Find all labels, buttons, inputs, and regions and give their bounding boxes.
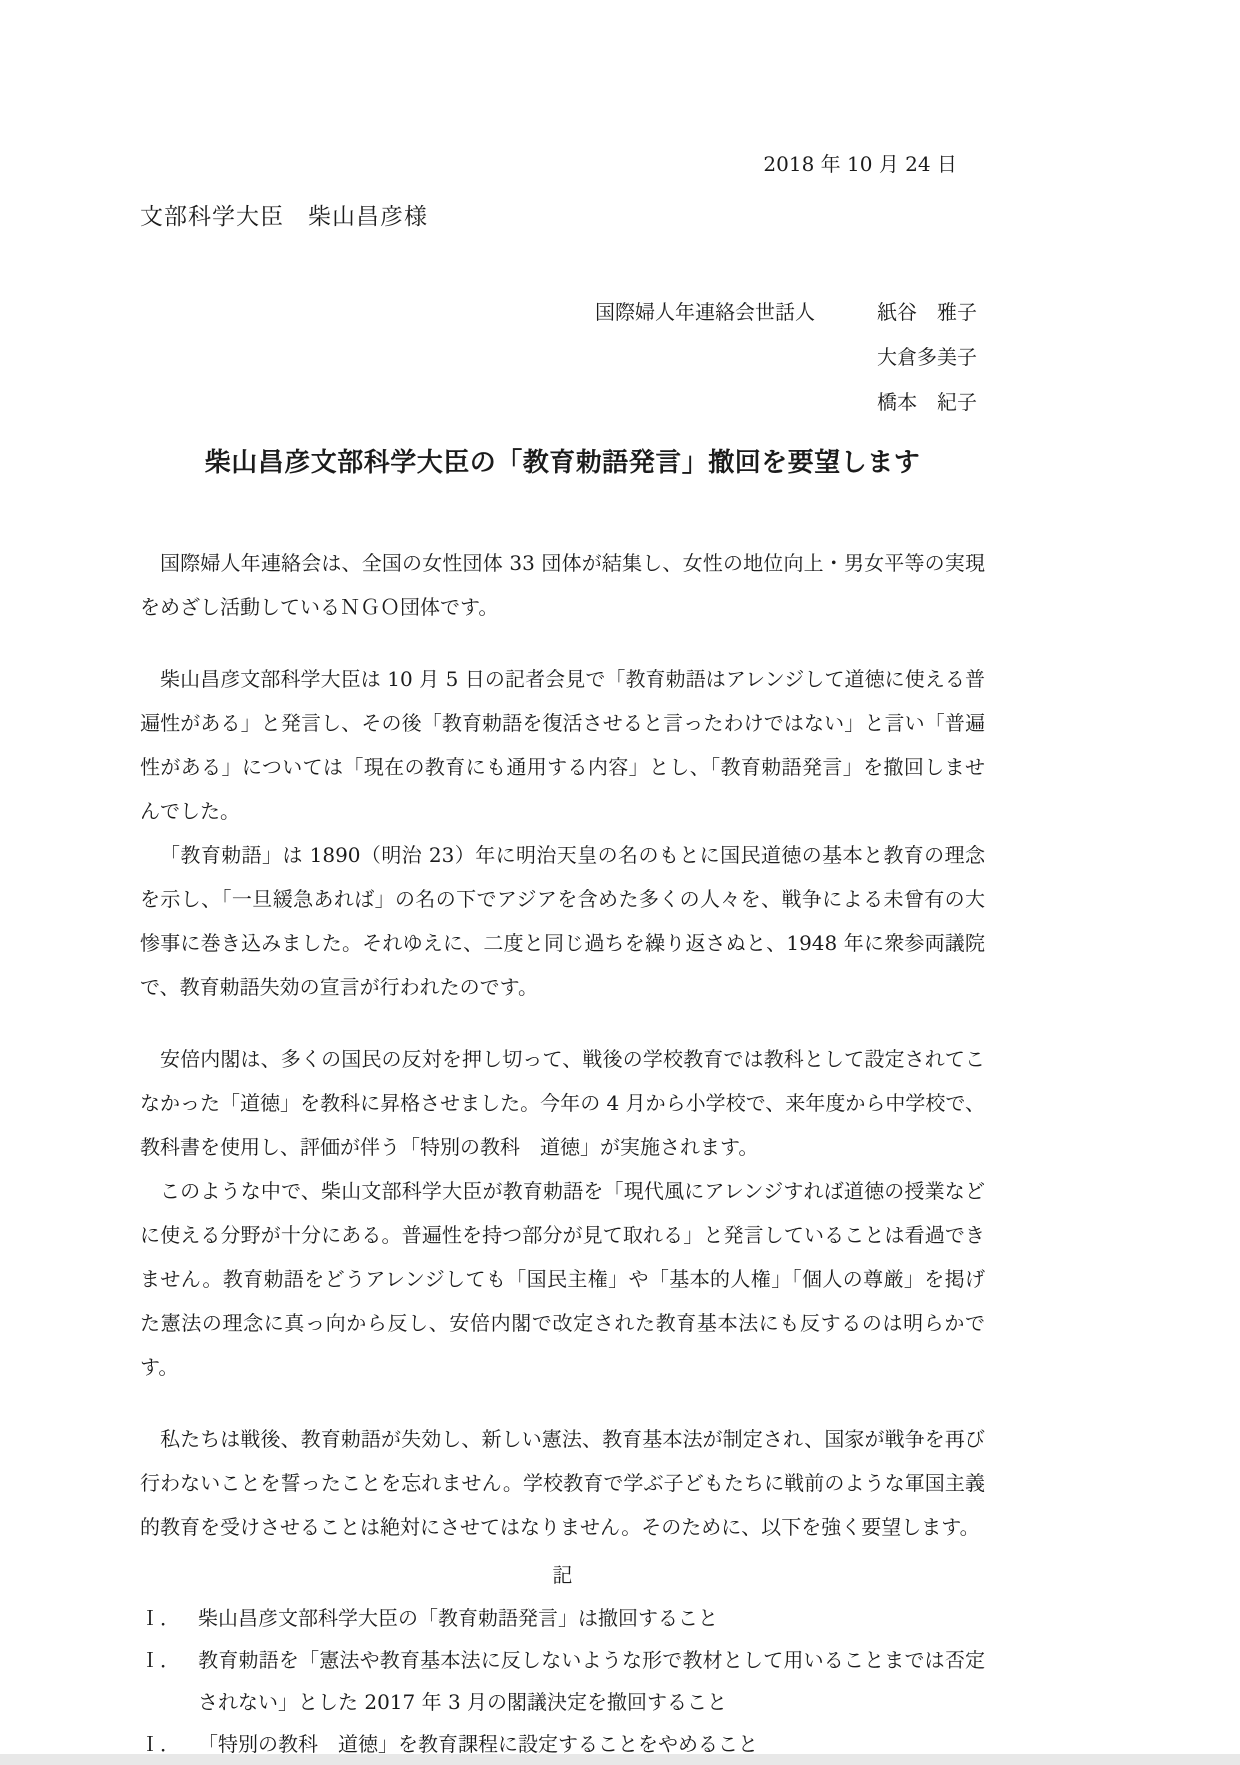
paragraph: 柴山昌彦文部科学大臣は 10 月 5 日の記者会見で「教育勅語はアレンジして道徳… (140, 657, 985, 833)
document-page: 2018 年 10 月 24 日 文部科学大臣 柴山昌彦様 国際婦人年連絡会世話… (0, 0, 1240, 1754)
demand-item: Ｉ．教育勅語を「憲法や教育基本法に反しないような形で教材として用いることまでは否… (140, 1639, 985, 1723)
demand-item: Ｉ．「特別の教科 道徳」を教育課程に設定することをやめること (140, 1723, 985, 1765)
sender-names: 紙谷 雅子 大倉多美子 橋本 紀子 (877, 290, 977, 425)
paragraph: このような中で、柴山文部科学大臣が教育勅語を「現代風にアレンジすれば道徳の授業な… (140, 1169, 985, 1389)
sender-name: 橋本 紀子 (877, 380, 977, 425)
demand-text: 柴山昌彦文部科学大臣の「教育勅語発言」は撤回すること (198, 1606, 718, 1630)
sender-block: 国際婦人年連絡会世話人 紙谷 雅子 大倉多美子 橋本 紀子 (140, 290, 985, 425)
section-marker: 記 (140, 1553, 985, 1597)
recipient-line: 文部科学大臣 柴山昌彦様 (140, 200, 985, 234)
sender-name: 紙谷 雅子 (877, 290, 977, 335)
sender-organization: 国際婦人年連絡会世話人 (595, 290, 815, 335)
demand-text: 教育勅語を「憲法や教育基本法に反しないような形で教材として用いることまでは否定さ… (198, 1648, 985, 1714)
paragraph: 「教育勅語」は 1890（明治 23）年に明治天皇の名のもとに国民道徳の基本と教… (140, 833, 985, 1009)
paragraph: 私たちは戦後、教育勅語が失効し、新しい憲法、教育基本法が制定され、国家が戦争を再… (140, 1417, 985, 1549)
demand-marker: Ｉ． (140, 1597, 198, 1639)
demand-item: Ｉ．柴山昌彦文部科学大臣の「教育勅語発言」は撤回すること (140, 1597, 985, 1639)
demand-marker: Ｉ． (140, 1723, 198, 1765)
document-title: 柴山昌彦文部科学大臣の「教育勅語発言」撤回を要望します (140, 445, 985, 481)
demand-text: 「特別の教科 道徳」を教育課程に設定することをやめること (198, 1732, 758, 1756)
paragraph: 国際婦人年連絡会は、全国の女性団体 33 団体が結集し、女性の地位向上・男女平等… (140, 541, 985, 629)
paragraph: 安倍内閣は、多くの国民の反対を押し切って、戦後の学校教育では教科として設定されて… (140, 1037, 985, 1169)
demand-marker: Ｉ． (140, 1639, 198, 1681)
sender-name: 大倉多美子 (877, 335, 977, 380)
document-body: 国際婦人年連絡会は、全国の女性団体 33 団体が結集し、女性の地位向上・男女平等… (140, 541, 985, 1765)
demand-list: Ｉ．柴山昌彦文部科学大臣の「教育勅語発言」は撤回すること Ｉ．教育勅語を「憲法や… (140, 1597, 985, 1765)
document-date: 2018 年 10 月 24 日 (140, 150, 985, 178)
